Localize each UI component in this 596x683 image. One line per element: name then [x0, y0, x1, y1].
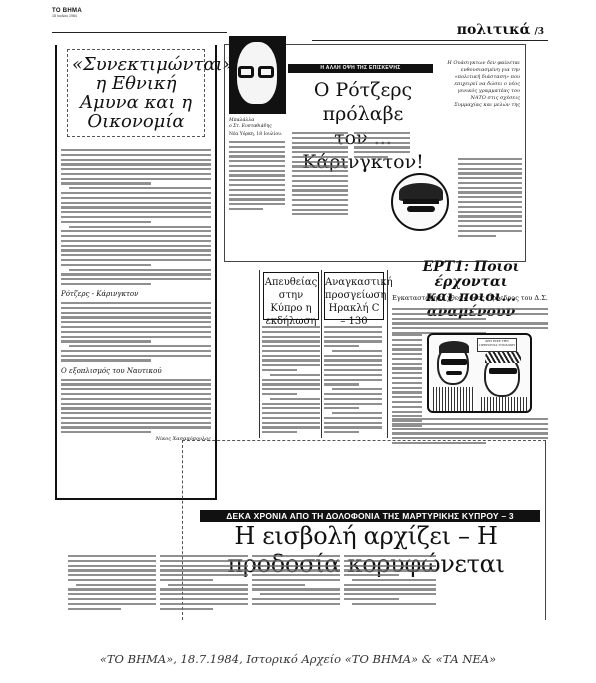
rogers-column-2 [292, 132, 348, 215]
ert-subhead: Εγκαταστάθηκε χθες ο νέος Πρόεδρος του Δ… [392, 294, 548, 302]
cyprus-column-1 [68, 555, 156, 610]
rogers-kicker: Η ΑΛΛΗ ΟΨΗ ΤΗΣ ΕΠΙΣΚΕΨΗΣ [288, 64, 433, 73]
cartoon-speech-bubble: ΔΕΝ ΕΙΧΕ ΤΗΝ ΠΡΕΠΟΥΣΑ ΥΠΟΔΟΧΗ [477, 338, 517, 352]
left-article-body: Ρότζερς - Κάρινγκτον Ο εξοπλισμός του Να… [61, 149, 211, 442]
column-rule [387, 270, 388, 438]
hercules-landing-body [324, 326, 382, 433]
masthead: ΤΟ ΒΗΜΑ 18 Ιουλίου 1984 [52, 8, 162, 18]
cyprus-kicker: ΔΕΚΑ ΧΡΟΝΙΑ ΑΠΟ ΤΗ ΔΟΛΟΦΟΝΙΑ ΤΗΣ ΜΑΡΤΥΡΙ… [200, 510, 540, 522]
rogers-dateline: Νέα Υόρκη, 18 Ιουλίου. [229, 132, 285, 137]
left-article-headline: «Συνεκτιμώνται» η Εθνική Αμυνα και η Οικ… [67, 49, 205, 137]
cyprus-column-3 [252, 555, 340, 605]
box-headline-cyprus-event: Απευθείας στην Κύπρο η εκδήλωση [263, 272, 319, 320]
rogers-column-3 [354, 132, 410, 158]
text-block [61, 379, 211, 434]
ert-caricature: ΔΕΝ ΕΙΧΕ ΤΗΝ ΠΡΕΠΟΥΣΑ ΥΠΟΔΟΧΗ [427, 333, 532, 413]
box-headline-hercules-landing: Αναγκαστική προσγείωση Ηρακλή C – 130 [324, 272, 384, 320]
masthead-date: 18 Ιουλίου 1984 [52, 14, 162, 18]
left-article-subhead-2: Ο εξοπλισμός του Ναυτικού [61, 367, 211, 375]
cyprus-column-2 [160, 555, 248, 610]
top-rule-right [312, 40, 548, 41]
text-block [61, 149, 211, 285]
ert-intro [392, 308, 548, 334]
ert-column [392, 334, 422, 427]
general-caricature [391, 173, 449, 231]
cyprus-column-4 [344, 555, 436, 605]
rogers-column-1: Νέα Υόρκη, 18 Ιουλίου. [229, 132, 285, 210]
image-caption: «ΤΟ ΒΗΜΑ», 18.7.1984, Ιστορικό Αρχείο «Τ… [0, 652, 596, 666]
rogers-column-4 [458, 158, 522, 237]
text-block [61, 302, 211, 362]
top-rule-left [52, 32, 227, 33]
left-article: «Συνεκτιμώνται» η Εθνική Αμυνα και η Οικ… [55, 45, 217, 500]
page-number: /3 [534, 27, 544, 37]
newspaper-page: ΤΟ ΒΗΜΑ 18 Ιουλίου 1984 πολιτικά/3 «Συνε… [52, 8, 548, 620]
section-label: πολιτικά/3 [457, 22, 544, 38]
left-article-subhead-1: Ρότζερς - Κάρινγκτον [61, 290, 211, 298]
column-rule [259, 270, 260, 438]
rogers-lede: Η Ουάσιγκτων δεν φαίνεται ενθουσιασμένη … [442, 60, 520, 109]
column-rule [321, 270, 322, 438]
section-name: πολιτικά [457, 22, 531, 38]
cyprus-event-body [262, 326, 320, 433]
